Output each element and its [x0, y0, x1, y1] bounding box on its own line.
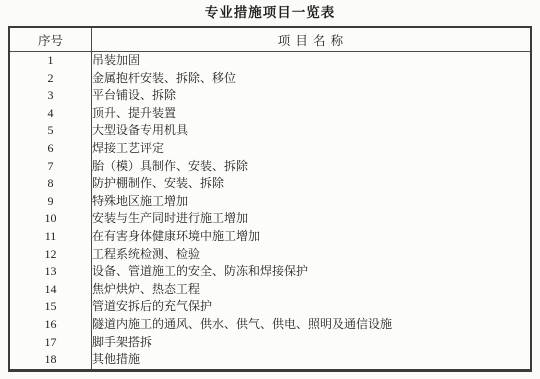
table-row: 12工程系统检测、检验 [9, 246, 531, 264]
row-item-name: 管道安拆后的充气保护 [92, 298, 532, 316]
row-serial-number: 2 [9, 70, 92, 88]
row-item-name: 特殊地区施工增加 [92, 193, 532, 211]
header-row: 序号 项 目 名 称 [9, 27, 531, 52]
row-item-name: 其他措施 [92, 351, 532, 370]
row-serial-number: 15 [9, 298, 92, 316]
measures-table: 序号 项 目 名 称 1吊装加固2金属抱杆安装、拆除、移位3平台铺设、拆除4顶升… [8, 26, 532, 372]
row-item-name: 胎（模）具制作、安装、拆除 [92, 158, 532, 176]
row-serial-number: 18 [9, 351, 92, 370]
document-page: 专业措施项目一览表 序号 项 目 名 称 1吊装加固2金属抱杆安装、拆除、移位3… [0, 0, 540, 379]
row-item-name: 焦炉烘炉、热态工程 [92, 281, 532, 299]
table-row: 14焦炉烘炉、热态工程 [9, 281, 531, 299]
row-item-name: 吊装加固 [92, 52, 532, 70]
row-serial-number: 14 [9, 281, 92, 299]
row-item-name: 平台铺设、拆除 [92, 87, 532, 105]
row-serial-number: 8 [9, 175, 92, 193]
row-serial-number: 3 [9, 87, 92, 105]
row-serial-number: 10 [9, 210, 92, 228]
row-serial-number: 1 [9, 52, 92, 70]
row-item-name: 工程系统检测、检验 [92, 246, 532, 264]
table-row: 15管道安拆后的充气保护 [9, 298, 531, 316]
table-row: 13设备、管道施工的安全、防冻和焊接保护 [9, 263, 531, 281]
row-item-name: 顶升、提升装置 [92, 105, 532, 123]
table-row: 6焊接工艺评定 [9, 140, 531, 158]
row-item-name: 安装与生产同时进行施工增加 [92, 210, 532, 228]
table-row: 3平台铺设、拆除 [9, 87, 531, 105]
table-row: 1吊装加固 [9, 52, 531, 70]
row-serial-number: 12 [9, 246, 92, 264]
table-row: 5大型设备专用机具 [9, 122, 531, 140]
table-row: 8防护棚制作、安装、拆除 [9, 175, 531, 193]
row-serial-number: 9 [9, 193, 92, 211]
row-item-name: 金属抱杆安装、拆除、移位 [92, 70, 532, 88]
table-body: 1吊装加固2金属抱杆安装、拆除、移位3平台铺设、拆除4顶升、提升装置5大型设备专… [9, 52, 531, 371]
row-item-name: 脚手架搭拆 [92, 334, 532, 352]
row-serial-number: 5 [9, 122, 92, 140]
row-item-name: 隧道内施工的通风、供水、供气、供电、照明及通信设施 [92, 316, 532, 334]
table-row: 9特殊地区施工增加 [9, 193, 531, 211]
column-header-serial-number: 序号 [9, 27, 92, 52]
table-row: 11在有害身体健康环境中施工增加 [9, 228, 531, 246]
row-item-name: 设备、管道施工的安全、防冻和焊接保护 [92, 263, 532, 281]
row-serial-number: 11 [9, 228, 92, 246]
row-serial-number: 13 [9, 263, 92, 281]
row-item-name: 在有害身体健康环境中施工增加 [92, 228, 532, 246]
row-serial-number: 16 [9, 316, 92, 334]
page-title: 专业措施项目一览表 [0, 0, 540, 22]
table-row: 16隧道内施工的通风、供水、供气、供电、照明及通信设施 [9, 316, 531, 334]
row-item-name: 防护棚制作、安装、拆除 [92, 175, 532, 193]
table-row: 7胎（模）具制作、安装、拆除 [9, 158, 531, 176]
table-header: 序号 项 目 名 称 [9, 27, 531, 52]
table-row: 17脚手架搭拆 [9, 334, 531, 352]
table-row: 18其他措施 [9, 351, 531, 370]
row-serial-number: 4 [9, 105, 92, 123]
row-serial-number: 6 [9, 140, 92, 158]
table-row: 4顶升、提升装置 [9, 105, 531, 123]
table-row: 2金属抱杆安装、拆除、移位 [9, 70, 531, 88]
column-header-item-name: 项 目 名 称 [92, 27, 532, 52]
row-item-name: 焊接工艺评定 [92, 140, 532, 158]
row-serial-number: 7 [9, 158, 92, 176]
row-serial-number: 17 [9, 334, 92, 352]
table-row: 10安装与生产同时进行施工增加 [9, 210, 531, 228]
row-item-name: 大型设备专用机具 [92, 122, 532, 140]
